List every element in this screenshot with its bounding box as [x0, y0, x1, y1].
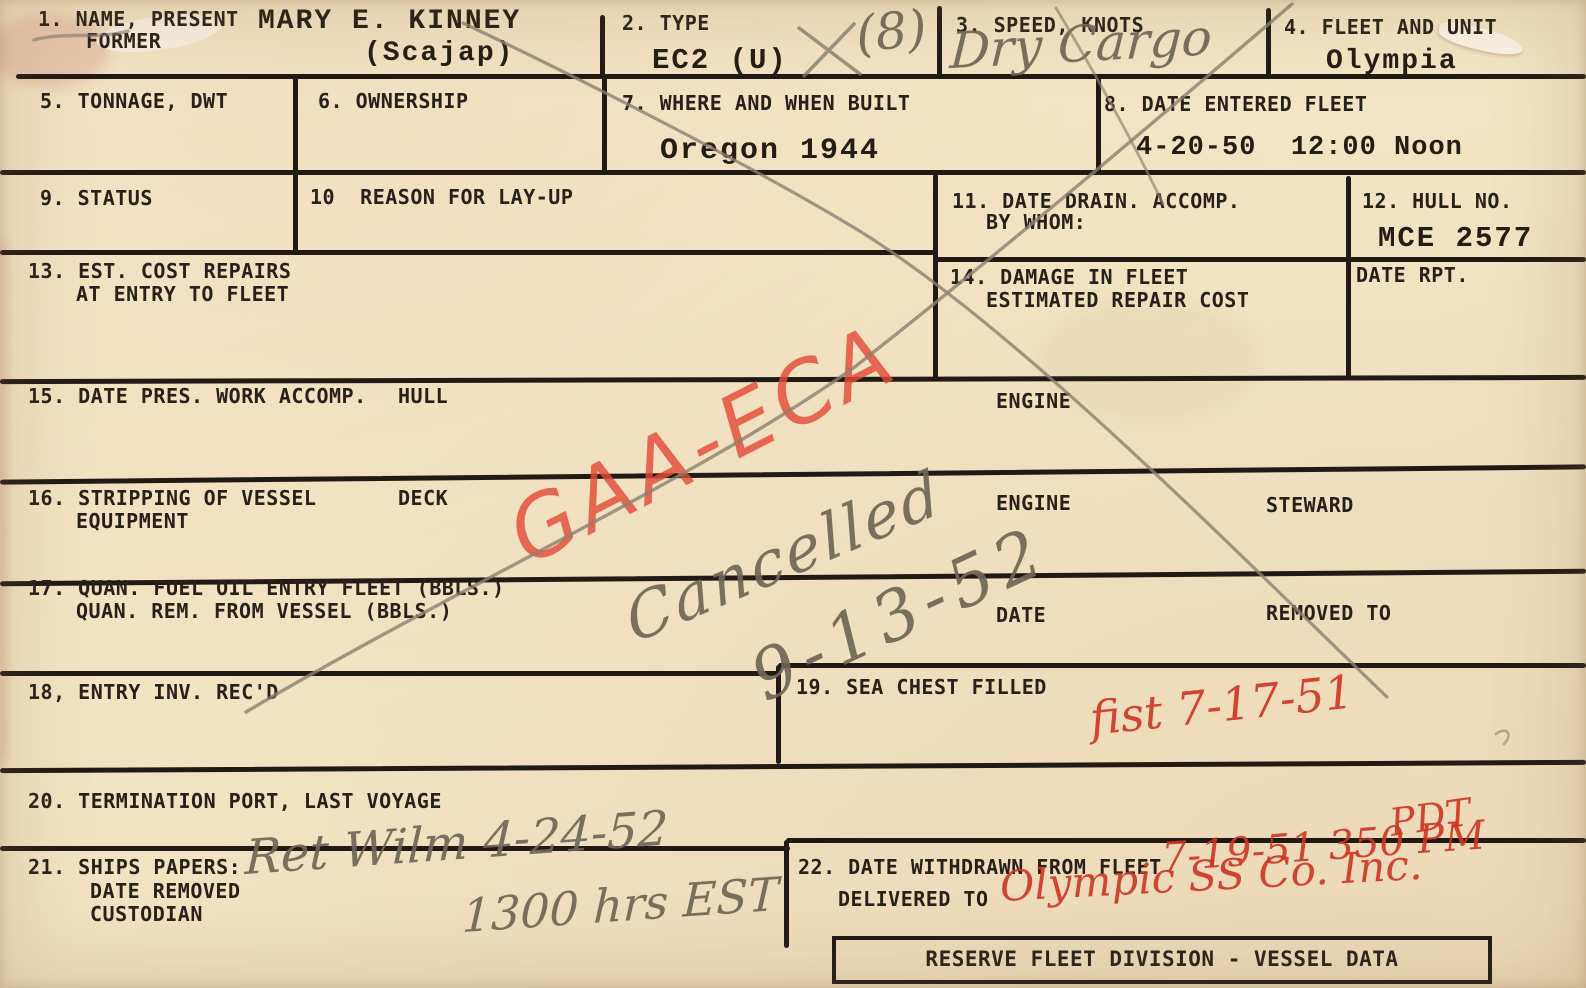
- pencil-squiggle: [1496, 731, 1509, 744]
- field-17-label-line2: QUAN. REM. FROM VESSEL (BBLS.): [76, 600, 452, 622]
- field-4-label: 4. FLEET AND UNIT: [1284, 16, 1497, 38]
- field-8-value: 4-20-50 12:00 Noon: [1136, 135, 1463, 162]
- field-16-label: 16. STRIPPING OF VESSEL: [28, 487, 316, 509]
- vessel-data-card: 1. NAME, PRESENT FORMER 2. TYPE 3. SPEED…: [0, 0, 1586, 988]
- field-5-label: 5. TONNAGE, DWT: [40, 90, 228, 112]
- pencil-note-ships-papers: Ret Wilm 4-24-52: [244, 804, 669, 882]
- field-16-deck-label: DECK: [398, 487, 448, 509]
- field-15-hull-label: HULL: [398, 385, 448, 407]
- field-15-label: 15. DATE PRES. WORK ACCOMP.: [28, 385, 367, 407]
- field-11-label-bywhom: BY WHOM:: [986, 211, 1086, 233]
- grid-line: [784, 840, 789, 948]
- field-16-steward-label: STEWARD: [1266, 494, 1354, 516]
- pencil-note-type: (8): [853, 3, 929, 60]
- grid-line: [778, 663, 1586, 668]
- grid-line: [293, 76, 298, 172]
- field-20-label: 20. TERMINATION PORT, LAST VOYAGE: [28, 790, 442, 812]
- grid-line: [1266, 8, 1271, 78]
- field-16-label-line2: EQUIPMENT: [76, 510, 189, 532]
- field-11-label: 11. DATE DRAIN. ACCOMP.: [952, 190, 1240, 212]
- field-14-date-rpt-label: DATE RPT.: [1356, 264, 1469, 286]
- field-17-removed-to-label: REMOVED TO: [1266, 602, 1391, 624]
- field-15-engine-label: ENGINE: [996, 390, 1071, 412]
- field-4-value: Olympia: [1326, 48, 1458, 76]
- field-10-label: 10 REASON FOR LAY-UP: [310, 186, 573, 208]
- grid-line: [0, 464, 1586, 484]
- field-2-label: 2. TYPE: [622, 12, 710, 34]
- grid-line: [602, 76, 607, 172]
- grid-line: [293, 172, 298, 252]
- grid-line: [0, 250, 937, 255]
- field-1-value-name: MARY E. KINNEY: [258, 8, 521, 36]
- grid-line: [0, 760, 1586, 773]
- red-note-delivered-to: Olympic SS Co. Inc.: [999, 844, 1423, 908]
- red-note-sea-chest: fist 7-17-51: [1088, 668, 1356, 741]
- grid-line: [600, 15, 605, 77]
- field-12-label: 12. HULL NO.: [1362, 190, 1513, 212]
- grid-line: [935, 257, 1586, 262]
- grid-line: [0, 671, 780, 676]
- field-21-label-line3: CUSTODIAN: [90, 903, 203, 925]
- field-21-label: 21. SHIPS PAPERS:: [28, 856, 241, 878]
- paper-stain: [1040, 300, 1260, 420]
- field-14-label-line2: ESTIMATED REPAIR COST: [986, 289, 1249, 311]
- paper-stain: [0, 240, 9, 760]
- field-16-engine-label: ENGINE: [996, 492, 1071, 514]
- field-17-label: 17. QUAN. FUEL OIL ENTRY FLEET (BBLS.): [28, 577, 505, 599]
- grid-line: [1096, 76, 1101, 174]
- pencil-note-ships-papers-time: 1300 hrs EST: [461, 871, 779, 939]
- field-22-delivered-label: DELIVERED TO: [838, 888, 989, 910]
- field-13-label-line2: AT ENTRY TO FLEET: [76, 283, 289, 305]
- grid-line: [0, 170, 1586, 175]
- field-18-label: 18, ENTRY INV. REC'D: [28, 681, 279, 703]
- field-9-label: 9. STATUS: [40, 187, 153, 209]
- pencil-x-mark: [799, 24, 860, 76]
- field-7-label: 7. WHERE AND WHEN BUILT: [622, 92, 910, 114]
- field-1-label: 1. NAME, PRESENT: [38, 8, 239, 30]
- field-14-label: 14. DAMAGE IN FLEET: [950, 266, 1188, 288]
- field-2-value: EC2 (U): [652, 46, 788, 75]
- footer-title-box: RESERVE FLEET DIVISION - VESSEL DATA: [832, 936, 1492, 984]
- field-13-label: 13. EST. COST REPAIRS: [28, 260, 291, 282]
- field-21-label-line2: DATE REMOVED: [90, 880, 241, 902]
- footer-title: RESERVE FLEET DIVISION - VESSEL DATA: [925, 948, 1398, 971]
- field-6-label: 6. OWNERSHIP: [318, 90, 469, 112]
- field-1-label-former: FORMER: [86, 30, 161, 52]
- field-1-value-former: (Scajap): [364, 40, 514, 68]
- grid-line: [1346, 176, 1351, 379]
- field-12-value: MCE 2577: [1378, 224, 1533, 253]
- field-8-label: 8. DATE ENTERED FLEET: [1104, 93, 1367, 115]
- pencil-note-dry-cargo: Dry Cargo: [949, 12, 1213, 76]
- field-7-value: Oregon 1944: [660, 136, 880, 166]
- grid-line: [937, 6, 942, 78]
- grid-line: [933, 174, 938, 379]
